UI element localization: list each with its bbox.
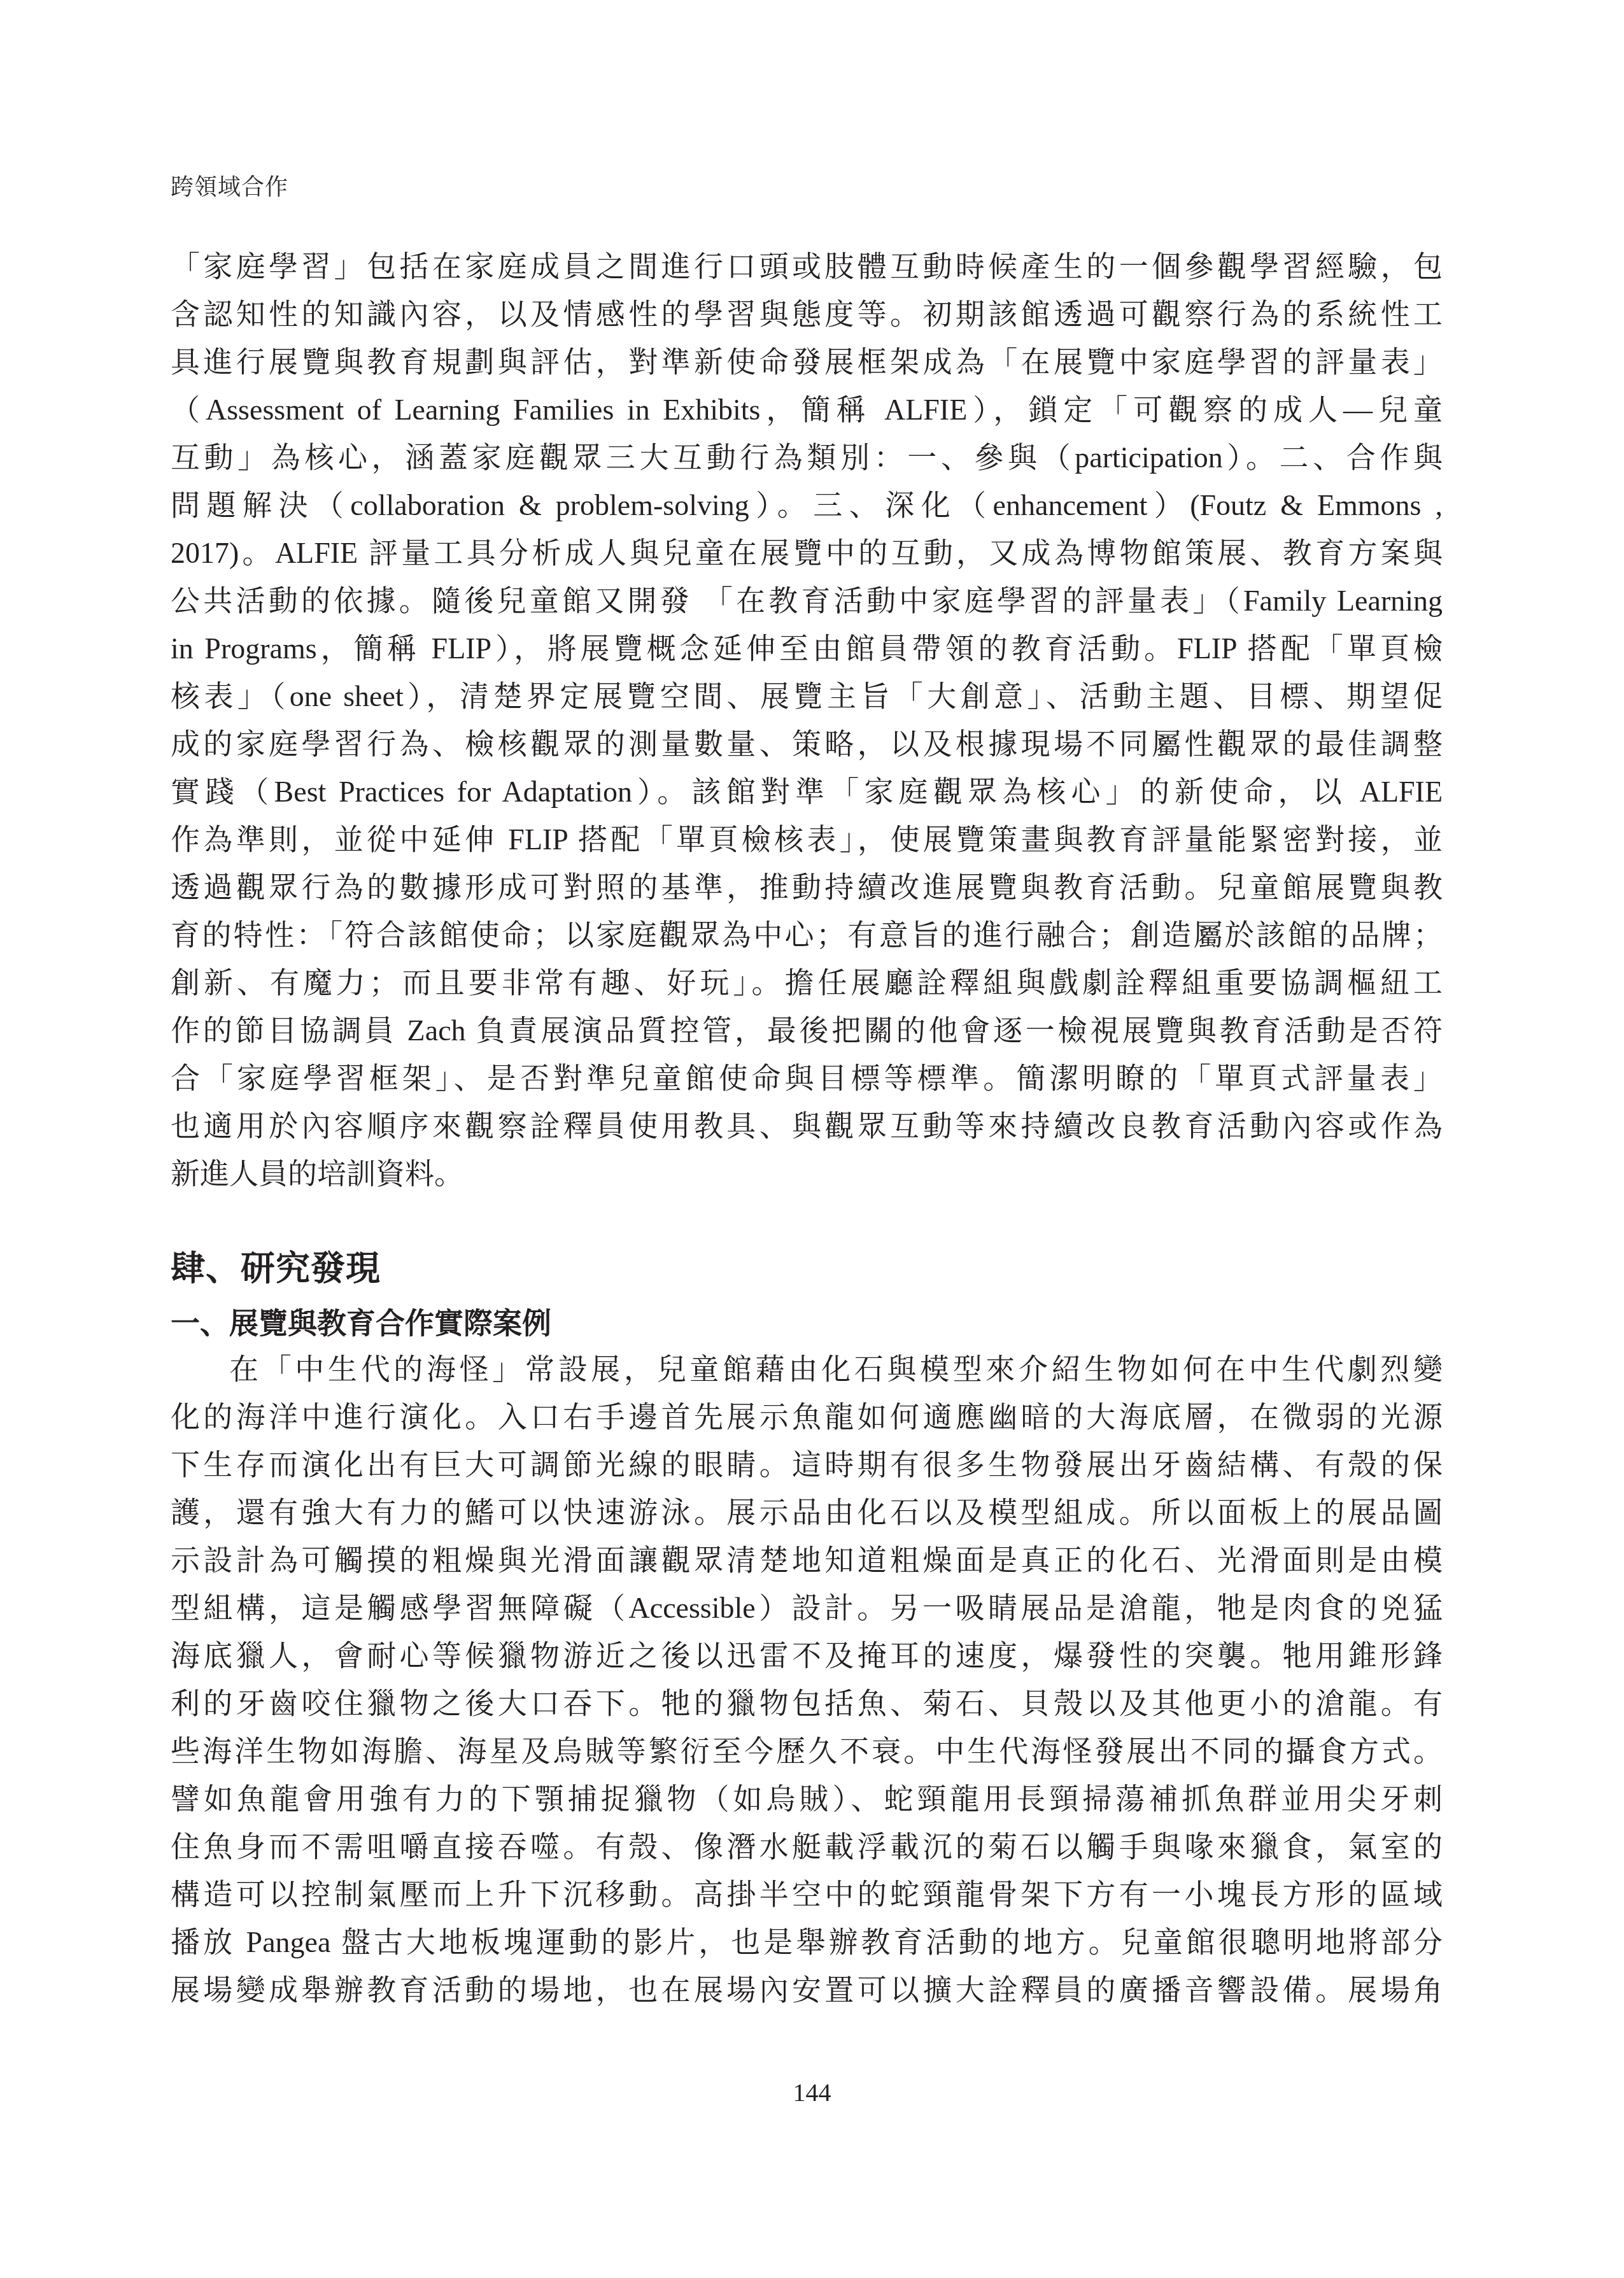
text-line: 透過觀眾行為的數據形成可對照的基準，推動持續改進展覽與教育活動。兒童館展覽與教 bbox=[171, 863, 1443, 911]
page-number: 144 bbox=[0, 2077, 1624, 2109]
text-line: 互動」為核心，涵蓋家庭觀眾三大互動行為類別：一、參與（participation… bbox=[171, 434, 1443, 481]
text-line: 些海洋生物如海膽、海星及烏賊等繁衍至今歷久不衰。中生代海怪發展出不同的攝食方式。 bbox=[171, 1727, 1443, 1775]
text-line: 住魚身而不需咀嚼直接吞噬。有殼、像潛水艇載浮載沉的菊石以觸手與喙來獵食，氣室的 bbox=[171, 1823, 1443, 1871]
text-line: 含認知性的知識內容，以及情感性的學習與態度等。初期該館透過可觀察行為的系統性工 bbox=[171, 290, 1443, 338]
text-line: 下生存而演化出有巨大可調節光線的眼睛。這時期有很多生物發展出牙齒結構、有殼的保 bbox=[171, 1441, 1443, 1489]
text-line: 實踐（Best Practices for Adaptation）。該館對準「家… bbox=[171, 768, 1443, 816]
text-line: 播放 Pangea 盤古大地板塊運動的影片，也是舉辦教育活動的地方。兒童館很聰明… bbox=[171, 1918, 1443, 1966]
text-line: 也適用於內容順序來觀察詮釋員使用教具、與觀眾互動等來持續改良教育活動內容或作為 bbox=[171, 1102, 1443, 1150]
text-line: 公共活動的依據。隨後兒童館又開發 「在教育活動中家庭學習的評量表」（Family… bbox=[171, 577, 1443, 625]
text-line: 問題解決（collaboration & problem-solving）。三、… bbox=[171, 481, 1443, 529]
text-line: 2017)。ALFIE 評量工具分析成人與兒童在展覽中的互動，又成為博物館策展、… bbox=[171, 529, 1443, 577]
text-line: 作為準則，並從中延伸 FLIP 搭配「單頁檢核表」，使展覽策畫與教育評量能緊密對… bbox=[171, 816, 1443, 863]
text-line: 型組構，這是觸感學習無障礙（Accessible）設計。另一吸睛展品是滄龍，牠是… bbox=[171, 1584, 1443, 1632]
text-line: 利的牙齒咬住獵物之後大口吞下。牠的獵物包括魚、菊石、貝殼以及其他更小的滄龍。有 bbox=[171, 1680, 1443, 1727]
text-line: 化的海洋中進行演化。入口右手邊首先展示魚龍如何適應幽暗的大海底層，在微弱的光源 bbox=[171, 1393, 1443, 1441]
text-line: 在「中生代的海怪」常設展，兒童館藉由化石與模型來介紹生物如何在中生代劇烈變 bbox=[171, 1345, 1443, 1393]
text-line: 海底獵人，會耐心等候獵物游近之後以迅雷不及掩耳的速度，爆發性的突襲。牠用錐形鋒 bbox=[171, 1632, 1443, 1680]
text-line: 核表」（one sheet），清楚界定展覽空間、展覽主旨「大創意」、活動主題、目… bbox=[171, 672, 1443, 720]
text-line: 作的節目協調員 Zach 負責展演品質控管，最後把關的他會逐一檢視展覽與教育活動… bbox=[171, 1007, 1443, 1054]
text-line: 展場變成舉辦教育活動的場地，也在展場內安置可以擴大詮釋員的廣播音響設備。展場角 bbox=[171, 1966, 1443, 2014]
text-line: 新進人員的培訓資料。 bbox=[171, 1150, 1443, 1198]
text-line: 合「家庭學習框架」、是否對準兒童館使命與目標等標準。簡潔明瞭的「單頁式評量表」 bbox=[171, 1054, 1443, 1102]
text-line: 育的特性：「符合該館使命；以家庭觀眾為中心；有意旨的進行融合；創造屬於該館的品牌… bbox=[171, 911, 1443, 959]
subsection-heading: 一、展覽與教育合作實際案例 bbox=[171, 1303, 551, 1343]
text-line: 示設計為可觸摸的粗燥與光滑面讓觀眾清楚地知道粗燥面是真正的化石、光滑面則是由模 bbox=[171, 1536, 1443, 1584]
paragraph-family-learning: 「家庭學習」包括在家庭成員之間進行口頭或肢體互動時候產生的一個參觀學習經驗，包 … bbox=[171, 243, 1443, 1198]
text-line: 譬如魚龍會用強有力的下顎捕捉獵物（如烏賊）、蛇頸龍用長頸掃蕩補抓魚群並用尖牙刺 bbox=[171, 1775, 1443, 1823]
text-line: 「家庭學習」包括在家庭成員之間進行口頭或肢體互動時候產生的一個參觀學習經驗，包 bbox=[171, 243, 1443, 290]
paragraph-sea-monsters: 在「中生代的海怪」常設展，兒童館藉由化石與模型來介紹生物如何在中生代劇烈變 化的… bbox=[171, 1345, 1443, 2014]
text-line: 具進行展覽與教育規劃與評估，對準新使命發展框架成為「在展覽中家庭學習的評量表」 bbox=[171, 338, 1443, 386]
running-header: 跨領域合作 bbox=[171, 173, 288, 201]
text-line: 構造可以控制氣壓而上升下沉移動。高掛半空中的蛇頸龍骨架下方有一小塊長方形的區域 bbox=[171, 1871, 1443, 1918]
text-line: in Programs，簡稱 FLIP），將展覽概念延伸至由館員帶領的教育活動。… bbox=[171, 625, 1443, 672]
text-line: （Assessment of Learning Families in Exhi… bbox=[171, 386, 1443, 434]
text-line: 護，還有強大有力的鰭可以快速游泳。展示品由化石以及模型組成。所以面板上的展品圖 bbox=[171, 1489, 1443, 1536]
text-line: 成的家庭學習行為、檢核觀眾的測量數量、策略，以及根據現場不同屬性觀眾的最佳調整 bbox=[171, 720, 1443, 768]
text-line: 創新、有魔力；而且要非常有趣、好玩」。擔任展廳詮釋組與戲劇詮釋組重要協調樞紐工 bbox=[171, 959, 1443, 1007]
section-heading: 肆、研究發現 bbox=[171, 1247, 381, 1291]
